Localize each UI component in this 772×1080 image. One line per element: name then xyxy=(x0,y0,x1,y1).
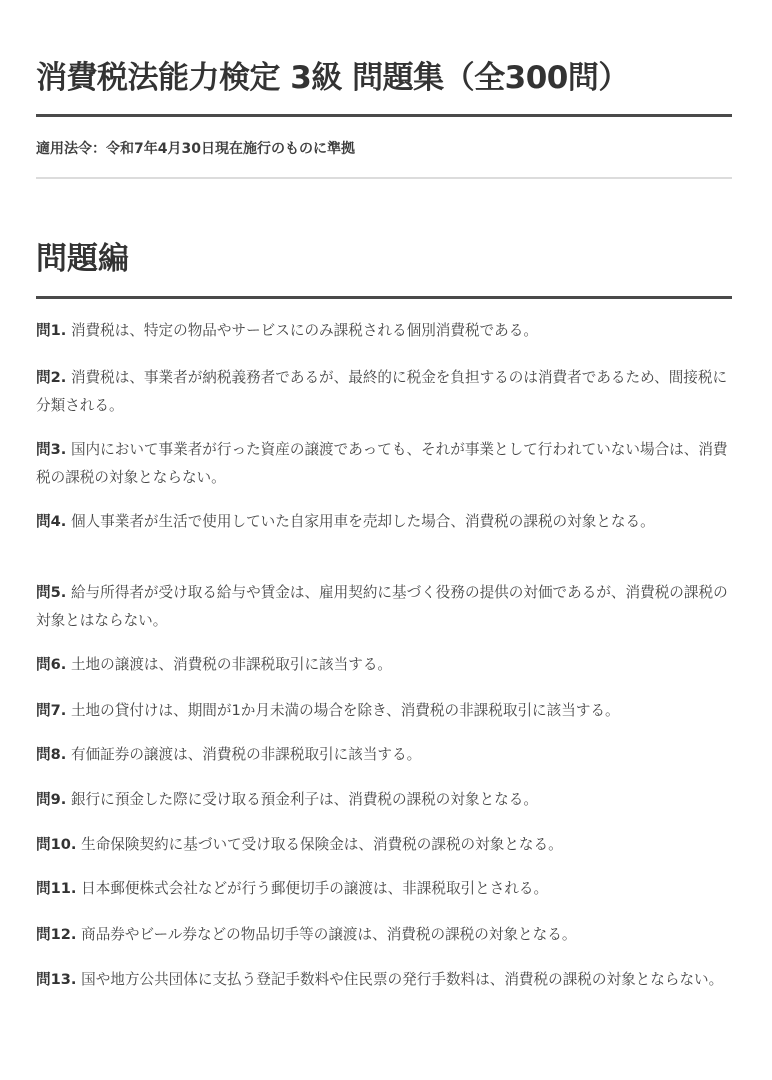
section-divider xyxy=(36,296,732,299)
question-text: 国内において事業者が行った資産の譲渡であっても、それが事業として行われていない場… xyxy=(36,441,728,486)
question-item: 問6. 土地の譲渡は、消費税の非課税取引に該当する。 xyxy=(36,651,732,679)
question-item: 問11. 日本郵便株式会社などが行う郵便切手の譲渡は、非課税取引とされる。 xyxy=(36,875,732,903)
question-number: 問8. xyxy=(36,746,66,763)
question-number: 問11. xyxy=(36,880,76,897)
question-text: 給与所得者が受け取る給与や賃金は、雇用契約に基づく役務の提供の対価であるが、消費… xyxy=(36,584,728,629)
question-text: 国や地方公共団体に支払う登記手数料や住民票の発行手数料は、消費税の課税の対象とな… xyxy=(81,971,723,988)
question-item: 問8. 有価証券の譲渡は、消費税の非課税取引に該当する。 xyxy=(36,741,732,769)
question-text: 土地の譲渡は、消費税の非課税取引に該当する。 xyxy=(71,656,392,673)
question-text: 生命保険契約に基づいて受け取る保険金は、消費税の課税の対象となる。 xyxy=(81,836,563,853)
question-text: 土地の貸付けは、期間が1か月未満の場合を除き、消費税の非課税取引に該当する。 xyxy=(71,702,620,719)
question-item: 問3. 国内において事業者が行った資産の譲渡であっても、それが事業として行われて… xyxy=(36,436,732,492)
question-item: 問10. 生命保険契約に基づいて受け取る保険金は、消費税の課税の対象となる。 xyxy=(36,831,732,859)
question-number: 問10. xyxy=(36,836,76,853)
document-title: 消費税法能力検定 3級 問題集（全300問） xyxy=(36,55,629,101)
applicable-law-note: 適用法令：令和7年4月30日現在施行のものに準拠 xyxy=(36,137,355,161)
question-text: 銀行に預金した際に受け取る預金利子は、消費税の課税の対象となる。 xyxy=(71,791,538,808)
question-item: 問13. 国や地方公共団体に支払う登記手数料や住民票の発行手数料は、消費税の課税… xyxy=(36,966,732,994)
question-item: 問5. 給与所得者が受け取る給与や賃金は、雇用契約に基づく役務の提供の対価である… xyxy=(36,579,732,635)
question-text: 有価証券の譲渡は、消費税の非課税取引に該当する。 xyxy=(71,746,421,763)
question-number: 問6. xyxy=(36,656,66,673)
question-number: 問7. xyxy=(36,702,66,719)
question-text: 日本郵便株式会社などが行う郵便切手の譲渡は、非課税取引とされる。 xyxy=(81,880,548,897)
question-text: 商品券やビール券などの物品切手等の譲渡は、消費税の課税の対象となる。 xyxy=(81,926,576,943)
title-divider xyxy=(36,114,732,117)
question-number: 問12. xyxy=(36,926,76,943)
question-item: 問1. 消費税は、特定の物品やサービスにのみ課税される個別消費税である。 xyxy=(36,317,732,345)
question-number: 問2. xyxy=(36,369,66,386)
question-text: 消費税は、事業者が納税義務者であるが、最終的に税金を負担するのは消費者であるため… xyxy=(36,369,727,414)
header-divider xyxy=(36,177,732,179)
question-text: 個人事業者が生活で使用していた自家用車を売却した場合、消費税の課税の対象となる。 xyxy=(71,513,655,530)
question-item: 問4. 個人事業者が生活で使用していた自家用車を売却した場合、消費税の課税の対象… xyxy=(36,508,732,536)
question-number: 問4. xyxy=(36,513,66,530)
question-item: 問2. 消費税は、事業者が納税義務者であるが、最終的に税金を負担するのは消費者で… xyxy=(36,364,732,420)
question-text: 消費税は、特定の物品やサービスにのみ課税される個別消費税である。 xyxy=(71,322,538,339)
question-number: 問13. xyxy=(36,971,76,988)
question-number: 問9. xyxy=(36,791,66,808)
section-title: 問題編 xyxy=(36,236,129,282)
question-number: 問5. xyxy=(36,584,66,601)
question-item: 問9. 銀行に預金した際に受け取る預金利子は、消費税の課税の対象となる。 xyxy=(36,786,732,814)
question-item: 問12. 商品券やビール券などの物品切手等の譲渡は、消費税の課税の対象となる。 xyxy=(36,921,732,949)
question-number: 問3. xyxy=(36,441,66,458)
question-item: 問7. 土地の貸付けは、期間が1か月未満の場合を除き、消費税の非課税取引に該当す… xyxy=(36,697,732,725)
question-number: 問1. xyxy=(36,322,66,339)
